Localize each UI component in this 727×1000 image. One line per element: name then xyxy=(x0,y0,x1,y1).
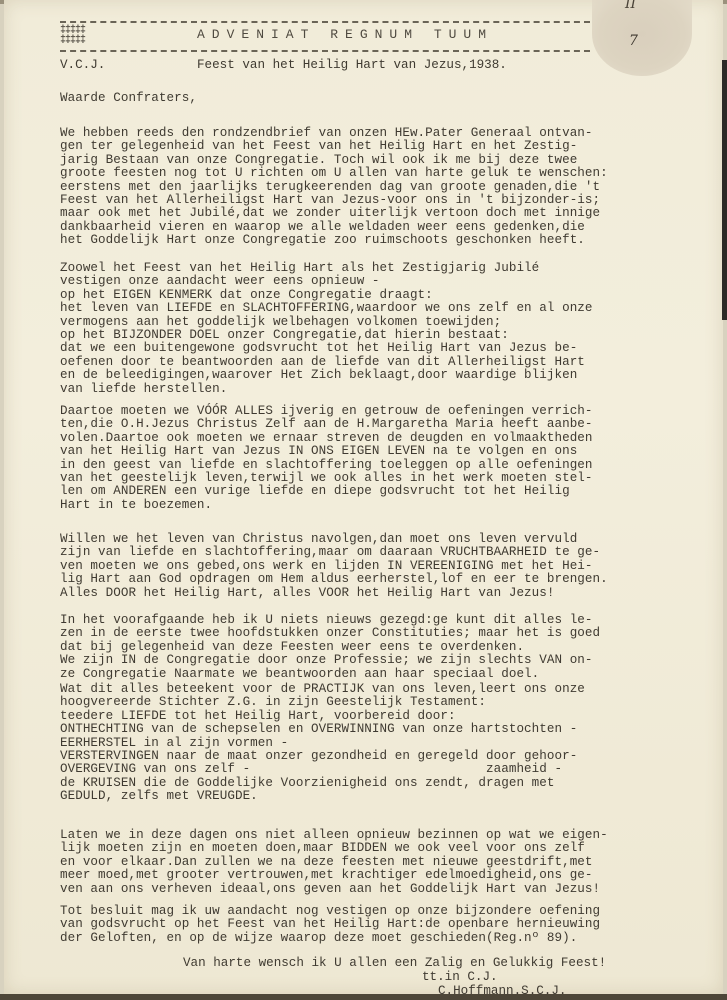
closing-wish: Van harte wensch ik U allen een Zalig en… xyxy=(183,956,606,970)
text-line: Tot besluit mag ik uw aandacht nog vesti… xyxy=(60,905,600,918)
paragraph-2: Zoowel het Feest van het Heilig Hart als… xyxy=(60,262,593,396)
text-line: groote feesten nog tot U richten om U al… xyxy=(60,167,608,180)
header-code: V.C.J. xyxy=(60,58,105,72)
letter-title: Feest van het Heilig Hart van Jezus,1938… xyxy=(197,58,507,72)
text-line: Willen we het leven van Christus navolge… xyxy=(60,533,608,546)
text-line: Wat dit alles beteekent voor de PRACTIJK… xyxy=(60,683,585,696)
text-line: VERSTERVINGEN naar de maat onzer gezondh… xyxy=(60,750,585,763)
text-line: der Geloften, en op de wijze waarop deze… xyxy=(60,932,600,945)
text-line: ze Congregatie Naarmate we beantwoorden … xyxy=(60,668,600,681)
text-line: van liefde herstellen. xyxy=(60,383,593,396)
text-line: OVERGEVING van ons zelf - zaamheid - xyxy=(60,763,585,776)
text-line: Hart in te boezemen. xyxy=(60,499,593,512)
text-line: Daartoe moeten we VÓÓR ALLES ijverig en … xyxy=(60,405,593,418)
text-line: de KRUISEN die de Goddelijke Voorzienigh… xyxy=(60,777,585,790)
text-line: gen ter gelegenheid van het Feest van he… xyxy=(60,140,608,153)
text-line: vestigen onze aandacht weer eens opnieuw… xyxy=(60,275,593,288)
text-line: Zoowel het Feest van het Heilig Hart als… xyxy=(60,262,593,275)
text-line: teedere LIEFDE tot het Heilig Hart, voor… xyxy=(60,710,585,723)
text-line: Laten we in deze dagen ons niet alleen o… xyxy=(60,829,608,842)
text-line: jarig Bestaan van onze Congregatie. Toch… xyxy=(60,154,608,167)
text-line: EERHERSTEL in al zijn vormen - xyxy=(60,737,585,750)
closing-regards: tt.in C.J. xyxy=(422,970,498,984)
archive-mark: II xyxy=(625,0,636,12)
text-line: op het BIJZONDER DOEL onzer Congregatie,… xyxy=(60,329,593,342)
text-line: We hebben reeds den rondzendbrief van on… xyxy=(60,127,608,140)
text-line: meer moed,met grooter vertrouwen,met kra… xyxy=(60,869,608,882)
text-line: zen in de eerste twee hoofdstukken onzer… xyxy=(60,627,600,640)
paper-bottom-edge xyxy=(0,994,727,1000)
text-line: ven moeten we ons gebed,ons werk en lijd… xyxy=(60,560,608,573)
text-line: dankbaarheid vieren en waarop we alle we… xyxy=(60,221,608,234)
text-line: en voor elkaar.Dan zullen we na deze fee… xyxy=(60,856,608,869)
cross-row: ‡‡‡‡‡ xyxy=(60,35,85,46)
text-line: In het voorafgaande heb ik U niets nieuw… xyxy=(60,614,600,627)
text-line: ven aan ons verheven ideaal,ons geven aa… xyxy=(60,883,608,896)
greeting: Waarde Confraters, xyxy=(60,92,197,105)
page-number: 7 xyxy=(629,33,638,49)
text-line: vermogens aan het goddelijk welbehagen v… xyxy=(60,316,593,329)
text-line: Alles DOOR het Heilig Hart, alles VOOR h… xyxy=(60,587,608,600)
paragraph-6: Wat dit alles beteekent voor de PRACTIJK… xyxy=(60,683,585,804)
header-rule-bottom xyxy=(60,50,590,52)
paragraph-5: In het voorafgaande heb ik U niets nieuw… xyxy=(60,614,600,681)
text-line: ten,die O.H.Jezus Christus Zelf aan de H… xyxy=(60,418,593,431)
text-line: len om ANDEREN een vurige liefde en diep… xyxy=(60,485,593,498)
text-line: en de beleedigingen,waarover Het Zich be… xyxy=(60,369,593,382)
text-line: eerstens met den jaarlijks terugkeerende… xyxy=(60,181,608,194)
text-line: van godsvrucht op het Feest van het Heil… xyxy=(60,918,600,931)
cross-pattern-icon: ‡‡‡‡‡ ‡‡‡‡‡ xyxy=(60,26,85,46)
text-line: van het Heilig Hart van Jezus IN ONS EIG… xyxy=(60,445,593,458)
paragraph-1: We hebben reeds den rondzendbrief van on… xyxy=(60,127,608,248)
text-line: in den geest van liefde en slachtofferin… xyxy=(60,459,593,472)
text-line: Feest van het Allerheiligst Hart van Jez… xyxy=(60,194,608,207)
header-rule-top xyxy=(60,21,590,23)
text-line: dat bij gelegenheid van deze Feesten wee… xyxy=(60,641,600,654)
text-line: maar ook met het Jubilé,dat we zonder ui… xyxy=(60,207,608,220)
letterhead-motto: ADVENIAT REGNUM TUUM xyxy=(197,27,493,42)
paragraph-4: Willen we het leven van Christus navolge… xyxy=(60,533,608,600)
text-line: lig Hart aan God opdragen om Hem aldus e… xyxy=(60,573,608,586)
text-line: lijk moeten zijn en moeten doen,maar BID… xyxy=(60,842,608,855)
text-line: het leven van LIEFDE en SLACHTOFFERING,w… xyxy=(60,302,593,315)
paragraph-3: Daartoe moeten we VÓÓR ALLES ijverig en … xyxy=(60,405,593,512)
text-line: ONTHECHTING van de schepselen en OVERWIN… xyxy=(60,723,585,736)
text-line: het Goddelijk Hart onze Congregatie zoo … xyxy=(60,234,608,247)
text-line: zijn van liefde en slachtoffering,maar o… xyxy=(60,546,608,559)
text-line: op het EIGEN KENMERK dat onze Congregati… xyxy=(60,289,593,302)
text-line: hoogvereerde Stichter Z.G. in zijn Geest… xyxy=(60,696,585,709)
text-line: GEDULD, zelfs met VREUGDE. xyxy=(60,790,585,803)
text-line: van het geestelijk leven,terwijl we ook … xyxy=(60,472,593,485)
signature: C.Hoffmann.S.C.J. xyxy=(438,984,566,998)
text-line: We zijn IN de Congregatie door onze Prof… xyxy=(60,654,600,667)
paragraph-8: Tot besluit mag ik uw aandacht nog vesti… xyxy=(60,905,600,945)
paragraph-7: Laten we in deze dagen ons niet alleen o… xyxy=(60,829,608,896)
paper-right-edge xyxy=(722,60,727,320)
text-line: volen.Daartoe ook moeten we ernaar strev… xyxy=(60,432,593,445)
text-line: dat we een buitengewone godsvrucht tot h… xyxy=(60,342,593,355)
text-line: oefenen door te beantwoorden aan de lief… xyxy=(60,356,593,369)
